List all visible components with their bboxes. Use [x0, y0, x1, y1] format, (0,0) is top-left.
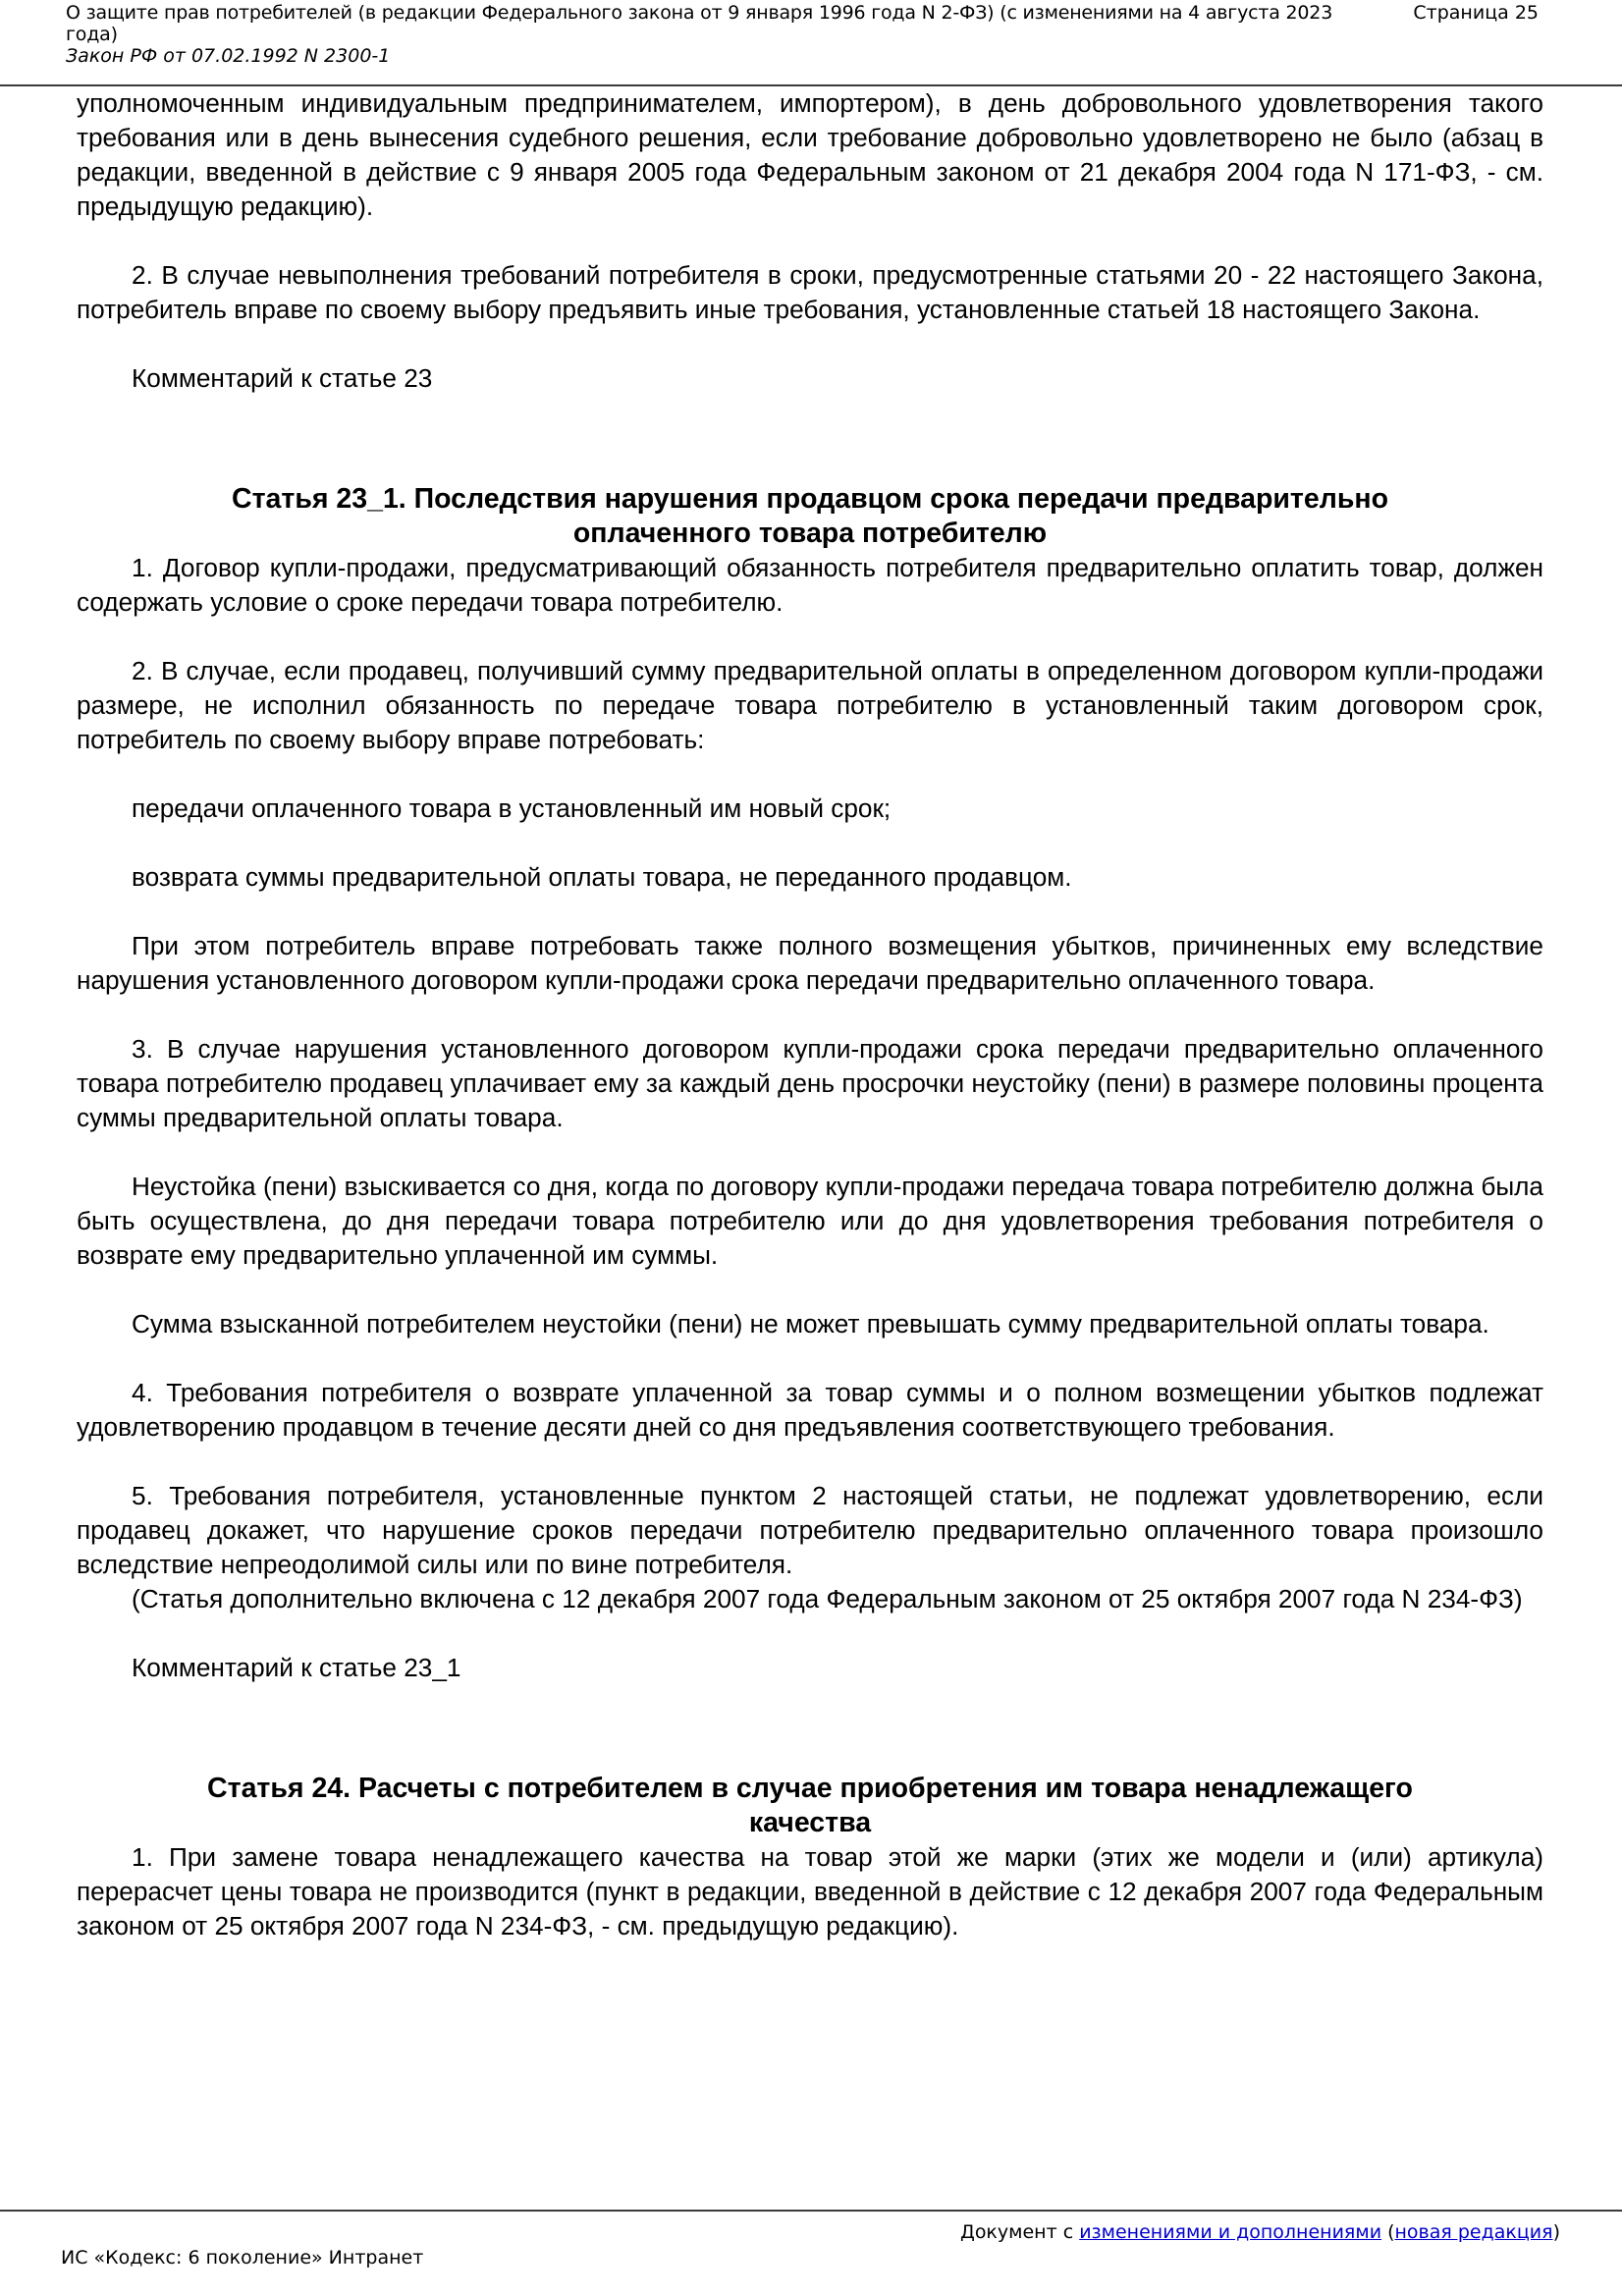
article23-1-paragraph: 1. Договор купли-продажи, предусматриваю…	[77, 551, 1543, 620]
paren-close: )	[1553, 2221, 1560, 2243]
continuation-paragraph: уполномоченным индивидуальным предприним…	[77, 86, 1543, 224]
article23-1-comment-link[interactable]: Комментарий к статье 23_1	[77, 1651, 1543, 1685]
page-number: Страница 25	[1413, 2, 1539, 24]
footer-divider	[0, 2210, 1622, 2212]
changes-link[interactable]: изменениями и дополнениями	[1079, 2221, 1381, 2243]
system-name: ИС «Кодекс: 6 поколение» Интранет	[61, 2247, 423, 2269]
article23-comment-link[interactable]: Комментарий к статье 23	[77, 361, 1543, 396]
article23-1-heading: Статья 23_1. Последствия нарушения прода…	[77, 482, 1543, 551]
article23-1-paragraph: 2. В случае, если продавец, получивший с…	[77, 654, 1543, 757]
article24-heading: Статья 24. Расчеты с потребителем в случ…	[77, 1772, 1543, 1840]
article23-1-paragraph: 5. Требования потребителя, установленные…	[77, 1479, 1543, 1582]
article23-1-paragraph: возврата суммы предварительной оплаты то…	[77, 860, 1543, 895]
article23-1-amendment-note: (Статья дополнительно включена с 12 дека…	[77, 1582, 1543, 1616]
paren-open: (	[1381, 2221, 1394, 2243]
article23-1-paragraph: 3. В случае нарушения установленного дог…	[77, 1032, 1543, 1135]
document-subtitle: Закон РФ от 07.02.1992 N 2300-1	[66, 45, 390, 67]
article24-paragraph: 1. При замене товара ненадлежащего качес…	[77, 1840, 1543, 1943]
doc-prefix: Документ с	[960, 2221, 1079, 2243]
article23-1-paragraph: 4. Требования потребителя о возврате упл…	[77, 1376, 1543, 1445]
article23-1-paragraph: При этом потребитель вправе потребовать …	[77, 929, 1543, 998]
article23-1-paragraph: Сумма взысканной потребителем неустойки …	[77, 1307, 1543, 1341]
article23-1-paragraph: передачи оплаченного товара в установлен…	[77, 792, 1543, 826]
document-status: Документ с изменениями и дополнениями (н…	[960, 2221, 1560, 2243]
article23-1-paragraph: Неустойка (пени) взыскивается со дня, ко…	[77, 1170, 1543, 1273]
new-edition-link[interactable]: новая редакция	[1395, 2221, 1553, 2243]
document-body: уполномоченным индивидуальным предприним…	[77, 86, 1543, 1943]
article23-point2: 2. В случае невыполнения требований потр…	[77, 258, 1543, 327]
document-title: О защите прав потребителей (в редакции Ф…	[66, 2, 1372, 45]
